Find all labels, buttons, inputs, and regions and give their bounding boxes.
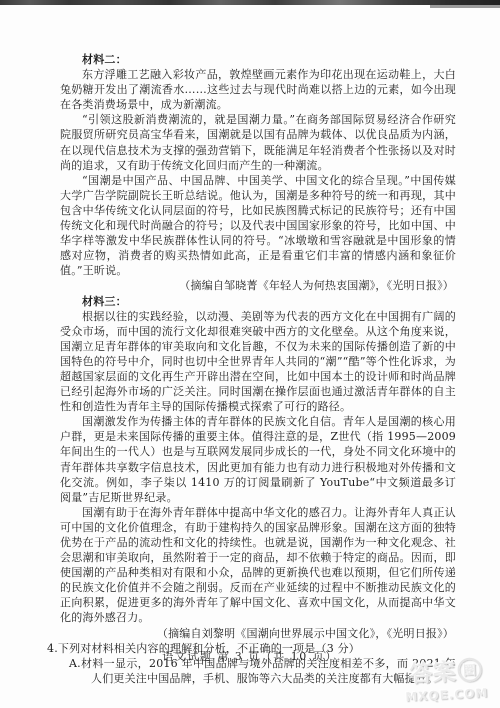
material-3-citation: （摘编自刘黎明《国潮向世界展示中国文化》，《光明日报》） bbox=[60, 626, 456, 641]
material-2-paragraph-1: 东方浮雕工艺融入彩妆产品，敦煌壁画元素作为印花出现在运动鞋上，大白兔奶糖开发出了… bbox=[60, 67, 456, 112]
material-2-citation: （摘编自邹晓菁《年轻人为何热衷国潮》，《光明日报》） bbox=[60, 278, 456, 293]
watermark-logo-text: 答案 bbox=[409, 654, 457, 689]
material-2-paragraph-2: “引领这股新消费潮流的，就是国潮力量。”在商务部国际贸易经济合作研究院服贸所研究… bbox=[60, 112, 456, 172]
material-2-paragraph-3: “国潮是中国产品、中国品牌、中国美学、中国文化的综合呈现。”中国传媒大学广告学院… bbox=[60, 173, 456, 279]
material-3-paragraph-2: 国潮激发作为传播主体的青年群体的民族文化自信。青年人是国潮的核心用户群，更是未来… bbox=[60, 414, 456, 505]
material-2-section: 材料二： 东方浮雕工艺融入彩妆产品，敦煌壁画元素作为印花出现在运动鞋上，大白兔奶… bbox=[60, 52, 456, 294]
material-3-paragraph-3: 国潮有助于在海外青年群体中提高中华文化的感召力。让海外青年人真正认可中国的文化价… bbox=[60, 505, 456, 626]
watermark-logo: 答案圈 bbox=[397, 652, 495, 690]
material-3-section: 材料三： 根据以往的实践经验，以动漫、美剧等为代表的西方文化在中国拥有广阔的受众… bbox=[60, 294, 456, 641]
answer-site-watermark: 答案圈 MXQE.COM bbox=[397, 652, 495, 705]
exam-page-content: 材料二： 东方浮雕工艺融入彩妆产品，敦煌壁画元素作为印花出现在运动鞋上，大白兔奶… bbox=[60, 52, 456, 686]
material-3-heading: 材料三： bbox=[60, 294, 456, 309]
material-3-paragraph-1: 根据以往的实践经验，以动漫、美剧等为代表的西方文化在中国拥有广阔的受众市场，而中… bbox=[60, 309, 456, 415]
watermark-circle-badge: 圈 bbox=[457, 657, 482, 682]
scan-artifact-strip bbox=[0, 0, 500, 5]
material-2-heading: 材料二： bbox=[60, 52, 456, 67]
